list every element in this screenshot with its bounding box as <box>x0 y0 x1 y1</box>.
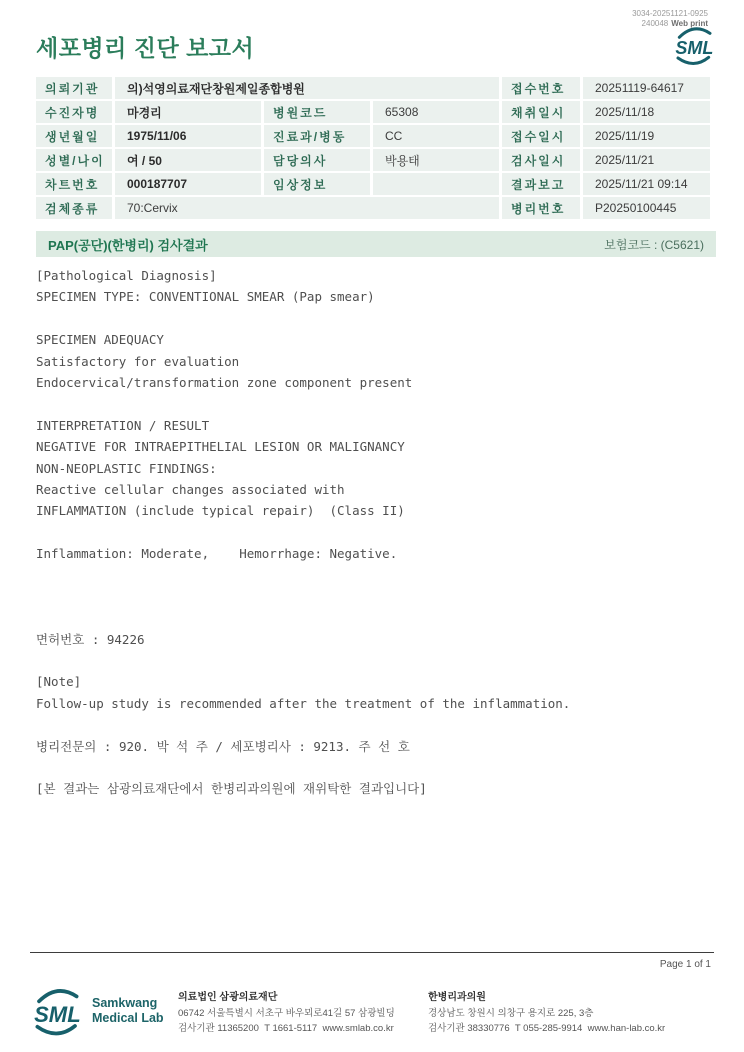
field-value: 65308 <box>373 101 499 123</box>
table-row: 차트번호 000187707 임상정보 결과보고 2025/11/21 09:1… <box>36 173 710 195</box>
report-line <box>36 757 716 778</box>
brand-line: Medical Lab <box>92 1011 164 1026</box>
page-title: 세포병리 진단 보고서 <box>36 30 254 63</box>
note-line: Follow-up study is recommended after the… <box>36 693 716 714</box>
field-label: 검사일시 <box>502 149 580 171</box>
field-label: 검체종류 <box>36 197 112 219</box>
note-header: [Note] <box>36 671 716 692</box>
report-notes: 면허번호 : 94226 [Note] Follow-up study is r… <box>36 629 716 800</box>
field-label: 담당의사 <box>264 149 370 171</box>
footer-org-hanlab: 한병리과의원 경상남도 창원시 의창구 용지로 225, 3층 검사기관 383… <box>428 987 665 1037</box>
field-label: 차트번호 <box>36 173 112 195</box>
brand-line: Samkwang <box>92 996 164 1011</box>
report-line: Endocervical/transformation zone compone… <box>36 372 716 393</box>
sml-logo-text: SML <box>675 38 713 58</box>
sml-logo-icon: SML <box>30 987 84 1037</box>
table-row: 수진자명 마경리 병원코드 65308 채취일시 2025/11/18 <box>36 101 710 123</box>
org-name: 한병리과의원 <box>428 990 665 1006</box>
org-address: 경상남도 창원시 의창구 용지로 225, 3층 <box>428 1006 665 1022</box>
field-value: P20250100445 <box>583 197 710 219</box>
field-label: 접수번호 <box>502 77 580 99</box>
field-label: 결과보고 <box>502 173 580 195</box>
field-label: 진료과/병동 <box>264 125 370 147</box>
report-footer: SML Samkwang Medical Lab 의료법인 삼광의료재단 067… <box>30 987 718 1037</box>
report-line: INFLAMMATION (include typical repair) (C… <box>36 500 716 521</box>
sml-logo: SML <box>672 26 716 71</box>
field-label: 임상정보 <box>264 173 370 195</box>
diagnosis-body: [Pathological Diagnosis] SPECIMEN TYPE: … <box>36 265 716 565</box>
field-value: 20251119-64617 <box>583 77 710 99</box>
field-label: 병원코드 <box>264 101 370 123</box>
field-label: 채취일시 <box>502 101 580 123</box>
report-line: NEGATIVE FOR INTRAEPITHELIAL LESION OR M… <box>36 436 716 457</box>
insurance-code: 보험코드 : (C5621) <box>604 236 704 253</box>
section-title: PAP(공단)(한병리) 검사결과 <box>48 235 208 254</box>
field-value: 박용태 <box>373 149 499 171</box>
table-row: 검체종류 70:Cervix 병리번호 P20250100445 <box>36 197 710 219</box>
field-value: CC <box>373 125 499 147</box>
report-page: 세포병리 진단 보고서 3034-20251121-0925 240048Web… <box>0 0 744 1052</box>
field-label: 접수일시 <box>502 125 580 147</box>
field-value: 2025/11/21 <box>583 149 710 171</box>
org-contact: 검사기관 38330776 T 055-285-9914 www.han-lab… <box>428 1021 665 1037</box>
report-line: [Pathological Diagnosis] <box>36 265 716 286</box>
report-line: INTERPRETATION / RESULT <box>36 415 716 436</box>
report-line: SPECIMEN ADEQUACY <box>36 329 716 350</box>
field-value: 의)석영의료재단창원제일종합병원 <box>115 77 499 99</box>
field-value: 1975/11/06 <box>115 125 261 147</box>
report-line: SPECIMEN TYPE: CONVENTIONAL SMEAR (Pap s… <box>36 286 716 307</box>
org-name: 의료법인 삼광의료재단 <box>178 990 428 1006</box>
result-section-header: PAP(공단)(한병리) 검사결과 보험코드 : (C5621) <box>36 231 716 257</box>
report-line: NON-NEOPLASTIC FINDINGS: <box>36 458 716 479</box>
footer-org-samkwang: 의료법인 삼광의료재단 06742 서울특별시 서초구 바우뫼로41길 57 삼… <box>178 987 428 1037</box>
report-line: Satisfactory for evaluation <box>36 351 716 372</box>
report-line <box>36 393 716 414</box>
table-row: 성별/나이 여 / 50 담당의사 박용태 검사일시 2025/11/21 <box>36 149 710 171</box>
field-label: 생년월일 <box>36 125 112 147</box>
sml-logo-text: SML <box>34 1002 81 1027</box>
field-label: 병리번호 <box>502 197 580 219</box>
field-value: 2025/11/21 09:14 <box>583 173 710 195</box>
field-value: 70:Cervix <box>115 197 499 219</box>
org-contact: 검사기관 11365200 T 1661-5117 www.smlab.co.k… <box>178 1021 428 1037</box>
report-header: 세포병리 진단 보고서 3034-20251121-0925 240048Web… <box>36 0 716 75</box>
report-line <box>36 650 716 671</box>
field-label: 수진자명 <box>36 101 112 123</box>
field-value: 여 / 50 <box>115 149 261 171</box>
page-indicator: Page 1 of 1 <box>660 959 711 970</box>
sml-logo-icon: SML <box>672 26 716 66</box>
pathologist-line: 병리전문의 : 920. 박 석 주 / 세포병리사 : 9213. 주 선 호 <box>36 736 716 757</box>
footer-divider <box>30 952 714 953</box>
delegation-notice: [본 결과는 삼광의료재단에서 한병리과의원에 재위탁한 결과입니다] <box>36 778 716 799</box>
table-row: 생년월일 1975/11/06 진료과/병동 CC 접수일시 2025/11/1… <box>36 125 710 147</box>
field-value: 2025/11/18 <box>583 101 710 123</box>
brand-name: Samkwang Medical Lab <box>92 996 164 1037</box>
report-line: Inflammation: Moderate, Hemorrhage: Nega… <box>36 543 716 564</box>
patient-info-table: 의뢰기관 의)석영의료재단창원제일종합병원 접수번호 20251119-6461… <box>33 75 713 221</box>
report-line <box>36 522 716 543</box>
field-value: 2025/11/19 <box>583 125 710 147</box>
table-row: 의뢰기관 의)석영의료재단창원제일종합병원 접수번호 20251119-6461… <box>36 77 710 99</box>
report-line <box>36 714 716 735</box>
field-value <box>373 173 499 195</box>
report-line <box>36 308 716 329</box>
report-line: Reactive cellular changes associated wit… <box>36 479 716 500</box>
print-code: 240048 <box>642 19 669 28</box>
field-value: 000187707 <box>115 173 261 195</box>
field-value: 마경리 <box>115 101 261 123</box>
document-number: 3034-20251121-0925 <box>632 9 708 19</box>
field-label: 의뢰기관 <box>36 77 112 99</box>
license-number-line: 면허번호 : 94226 <box>36 629 716 650</box>
footer-brand: SML Samkwang Medical Lab <box>30 987 178 1037</box>
org-address: 06742 서울특별시 서초구 바우뫼로41길 57 삼광빌딩 <box>178 1006 428 1022</box>
field-label: 성별/나이 <box>36 149 112 171</box>
